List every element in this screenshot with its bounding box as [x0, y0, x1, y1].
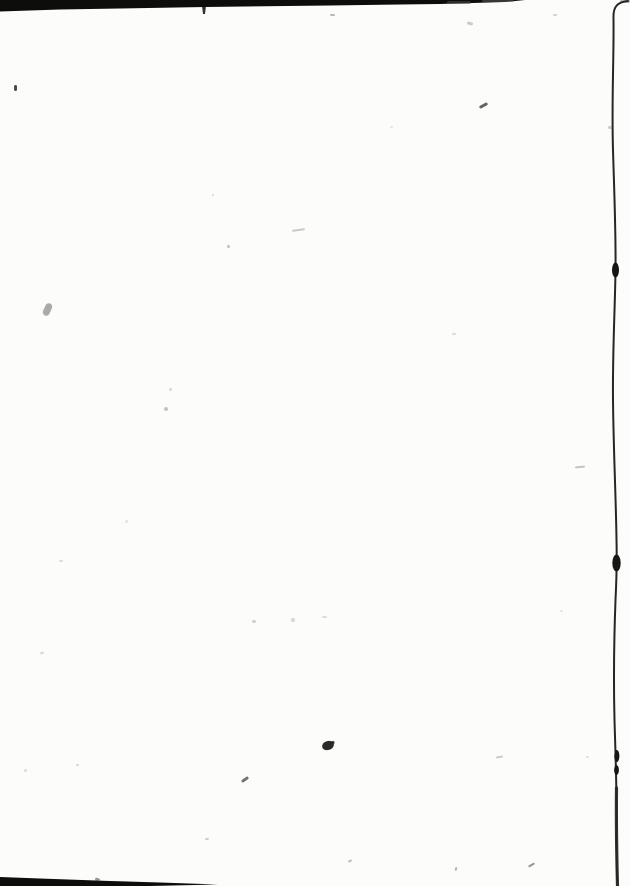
top-edge-tick [202, 6, 206, 14]
ink-speck [40, 651, 44, 654]
binding-thread-line-bottom [616, 788, 617, 886]
ink-speck [553, 14, 557, 16]
ink-speck [292, 228, 305, 232]
ink-speck [241, 776, 249, 783]
ink-speck [496, 755, 503, 758]
top-edge-scan-shadow [0, 0, 525, 12]
ink-speck [59, 560, 63, 562]
ink-speck [227, 245, 230, 248]
ink-speck [467, 21, 474, 25]
ink-speck [586, 756, 589, 758]
binding-thread-knot [612, 263, 619, 278]
top-edge-fade-dash [447, 1, 471, 4]
ink-speck [125, 520, 128, 523]
binding-thread-knot [614, 765, 619, 775]
scanned-page [0, 0, 630, 886]
ink-speck [528, 862, 535, 867]
scan-artifacts-layer [0, 0, 630, 886]
bottom-left-edge-shadow [0, 877, 218, 886]
ink-speck [164, 407, 168, 411]
ink-speck [205, 838, 209, 841]
ink-speck [322, 616, 327, 618]
ink-speck [42, 302, 54, 317]
ink-speck [76, 764, 79, 766]
ink-speck [575, 466, 585, 469]
ink-speck [212, 194, 214, 196]
ink-speck [24, 769, 27, 772]
ink-speck [560, 610, 563, 612]
binding-thread-knot [612, 555, 620, 572]
ink-speck [452, 333, 456, 336]
ink-speck [348, 859, 352, 863]
ink-speck [390, 126, 393, 128]
ink-speck [252, 620, 256, 623]
ink-speck [330, 14, 335, 16]
ink-speck [608, 126, 612, 129]
binding-thread-knot [614, 750, 619, 762]
top-edge-fade-dash [482, 0, 514, 2]
ink-speck [169, 388, 172, 391]
ink-speck [455, 867, 458, 871]
ink-blob-satellite [331, 741, 334, 744]
ink-speck [479, 102, 488, 109]
ink-speck [14, 85, 17, 91]
ink-speck [291, 618, 295, 622]
